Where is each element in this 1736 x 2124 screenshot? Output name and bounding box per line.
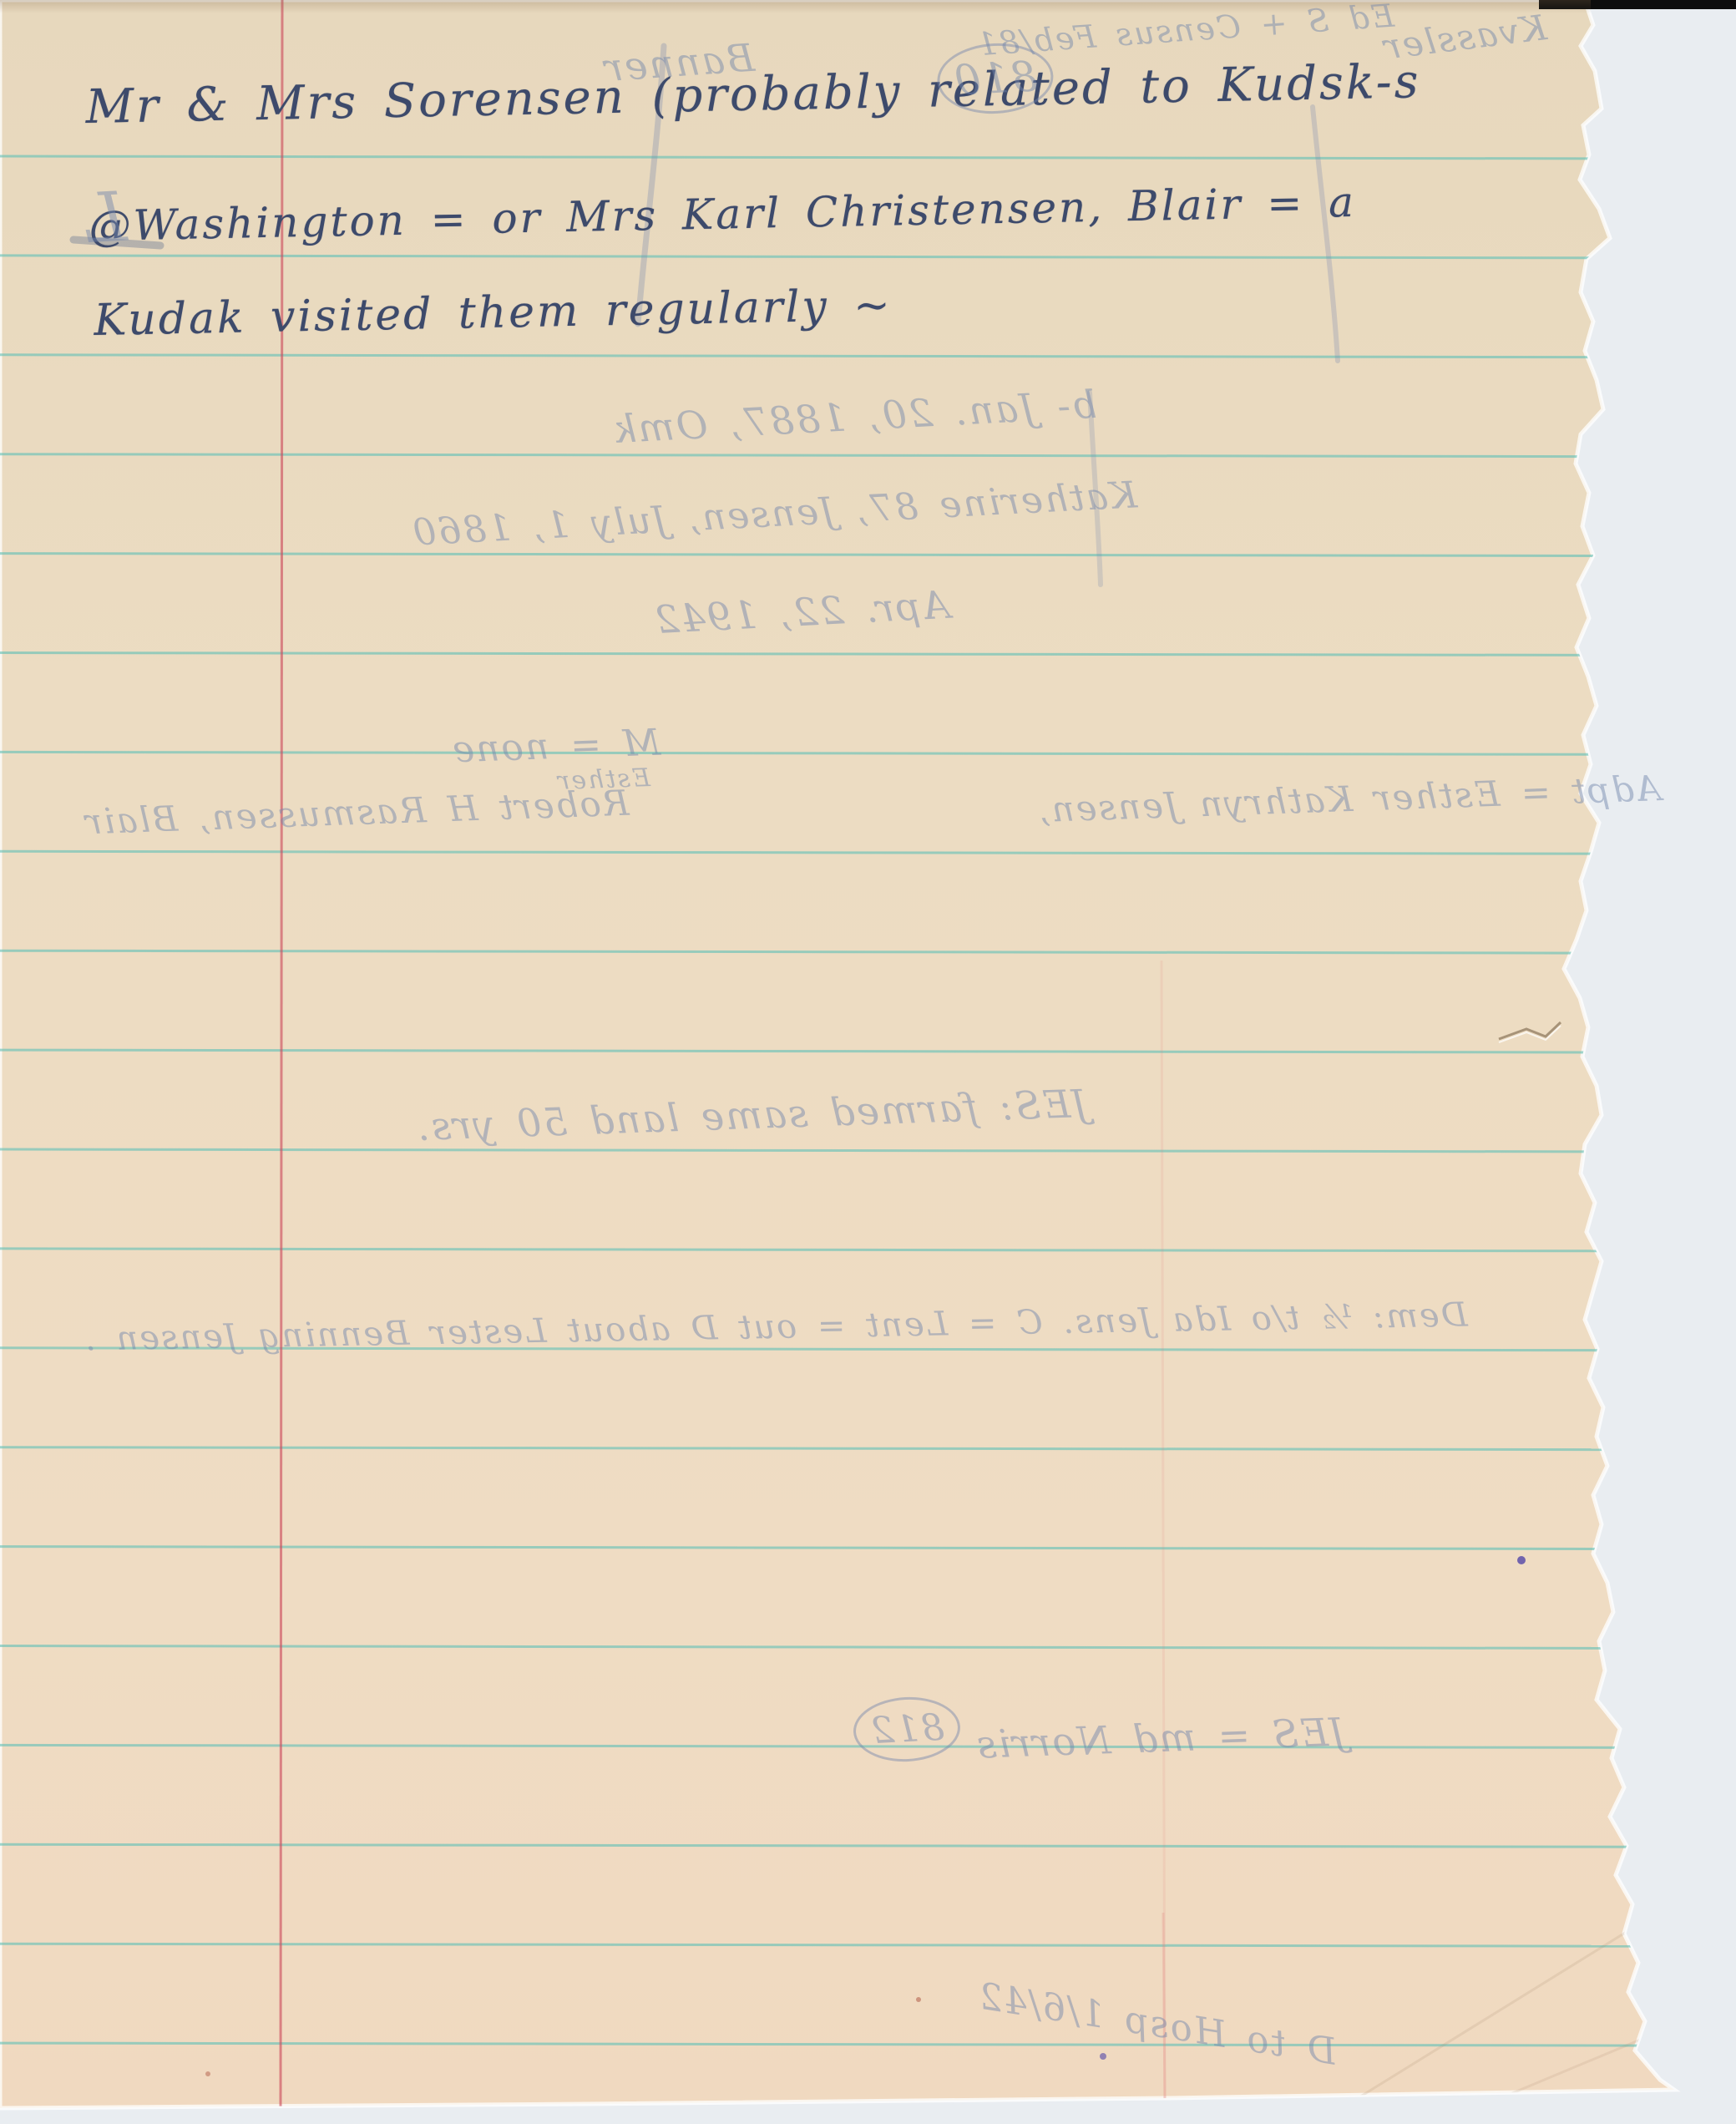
paper-speck <box>205 2071 210 2076</box>
bleed-through-text: L <box>78 178 129 260</box>
bleed-circle-812: 812 <box>852 1695 962 1765</box>
ink-dot <box>1100 2053 1106 2060</box>
ink-dot <box>1517 1556 1526 1564</box>
bleed-through-circled-number: 810 <box>935 40 1055 116</box>
paper-speck <box>916 1997 921 2002</box>
scanned-note-page: Mr & Mrs Sorensen (probably related to K… <box>0 0 1736 2124</box>
bleed-circle-810: 810 <box>935 40 1055 116</box>
bleed-through-circled-number: 812 <box>852 1695 962 1765</box>
